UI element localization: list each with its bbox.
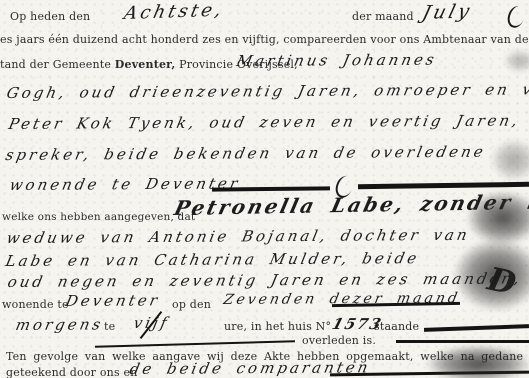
- printed-month-label: der maand: [352, 10, 414, 23]
- printed-residing: wonende te: [2, 298, 69, 311]
- printed-report-intro: welke ons hebben aangegeven, dat: [2, 211, 195, 223]
- ink-smudge-right-3: [492, 140, 529, 180]
- hand-parents-line: Labe en van Catharina Mulder, beide: [4, 249, 421, 270]
- printed-opening: Op heden den: [10, 10, 90, 23]
- printed-standing: staande: [374, 320, 419, 333]
- hand-declarant1-firstnames: Martinus Johannes: [235, 51, 439, 70]
- blank-underline: [95, 340, 295, 348]
- hand-month: July: [420, 0, 475, 24]
- ink-mark-top-right: [505, 4, 527, 30]
- hand-death-city: Deventer: [64, 291, 162, 310]
- ink-smudge-right-2: [455, 240, 529, 310]
- ink-strike-1: [212, 186, 330, 191]
- scanned-death-record: Op heden den Achtste, der maand July es …: [0, 0, 529, 378]
- printed-hour-house: ure, in het huis N°: [224, 320, 331, 333]
- hand-declarant1-line: Gogh, oud drieenzeventig Jaren, omroeper…: [5, 80, 529, 102]
- printed-year-line: es jaars één duizend acht honderd zes en…: [0, 33, 529, 46]
- ink-strike-2: [358, 182, 529, 189]
- ink-strike-4: [396, 340, 529, 343]
- ink-smudge-right-1: [468, 192, 529, 244]
- printed-municipality-prefix: tand der Gemeente: [0, 58, 115, 71]
- printed-died: overleden is.: [302, 334, 376, 347]
- hand-age-line: oud negen en zeventig Jaren en zes maand…: [6, 269, 524, 291]
- hand-declarant2-line: Peter Kok Tyenk, oud zeven en veertig Ja…: [7, 111, 529, 133]
- printed-on-the: op den: [172, 298, 211, 311]
- hand-day: Achtste,: [122, 0, 226, 24]
- printed-at: te: [104, 320, 115, 333]
- hand-declarant2-cont: spreker, beide bekenden van de overleden…: [4, 143, 488, 164]
- hand-daypart: morgens: [14, 315, 105, 334]
- printed-signed: geteekend door ons en: [6, 366, 137, 378]
- printed-city-bold: Deventer,: [115, 58, 176, 71]
- ink-scribble-standing: [424, 324, 529, 332]
- hand-widow-line: weduwe van Antonie Bojanal, dochter van: [5, 226, 472, 247]
- hand-residence-line: wonende te Deventer: [8, 174, 242, 194]
- ink-smudge-top-right: [505, 50, 529, 72]
- ink-smudge-bottom-right: [428, 346, 529, 378]
